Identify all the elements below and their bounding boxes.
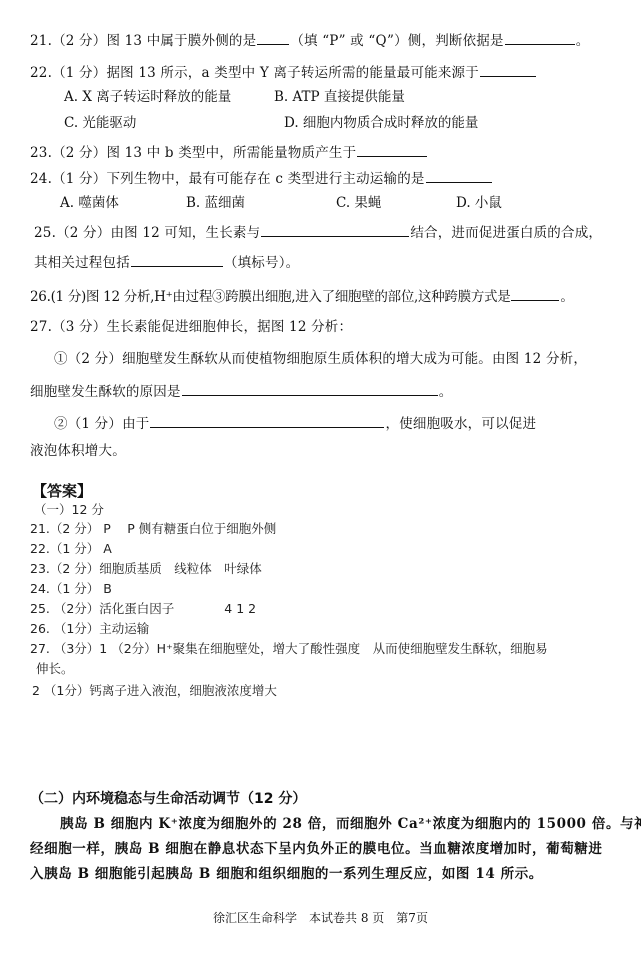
q25-middle: 结合，进而促进蛋白质的合成， bbox=[410, 225, 602, 241]
q27-sub1-line2-prefix: 细胞壁发生酥软的原因是 bbox=[30, 384, 181, 400]
q22-option-a: A. X 离子转运时释放的能量 bbox=[64, 88, 231, 106]
section-2-title: （二）内环境稳态与生命活动调节（12 分） bbox=[30, 790, 306, 808]
q27-sub1-line2-suffix: 。 bbox=[439, 384, 453, 400]
answer-22: 22.（1 分） A bbox=[30, 541, 112, 557]
q21-blank-2[interactable] bbox=[505, 30, 575, 45]
q24-prefix: 24.（1 分）下列生物中，最有可能存在 c 类型进行主动运输的是 bbox=[30, 171, 425, 187]
q27-sub1-line1: ①（2 分）细胞壁发生酥软从而使植物细胞原生质体积的增大成为可能。由图 12 分… bbox=[54, 351, 587, 367]
q25-prefix: 25.（2 分）由图 12 可知，生长素与 bbox=[34, 225, 260, 241]
question-27-sub2-line2: 液泡体积增大。 bbox=[30, 442, 126, 460]
page-footer: 徐汇区生命科学 本试卷共 8 页 第7页 bbox=[0, 910, 641, 926]
q23-blank[interactable] bbox=[357, 142, 427, 157]
q24-blank[interactable] bbox=[426, 168, 492, 183]
q24-option-a: A. 噬菌体 bbox=[60, 194, 119, 212]
question-25-line-2: 其相关过程包括（填标号）。 bbox=[34, 252, 299, 272]
question-24: 24.（1 分）下列生物中，最有可能存在 c 类型进行主动运输的是 bbox=[30, 168, 493, 188]
q24-option-b: B. 蓝细菌 bbox=[186, 194, 245, 212]
q26-suffix: 。 bbox=[560, 289, 573, 305]
q26-blank[interactable] bbox=[511, 286, 559, 301]
q23-prefix: 23.（2 分）图 13 中 b 类型中，所需能量物质产生于 bbox=[30, 145, 356, 161]
question-25: 25.（2 分）由图 12 可知，生长素与结合，进而促进蛋白质的合成， bbox=[34, 222, 602, 242]
q22-prefix: 22.（1 分）据图 13 所示，a 类型中 Y 离子转运所需的能量最可能来源于 bbox=[30, 65, 479, 81]
answers-section-score: （一）12 分 bbox=[34, 502, 104, 518]
q21-suffix: 。 bbox=[576, 33, 590, 49]
q25-blank-1[interactable] bbox=[261, 222, 409, 237]
q27-sub2-prefix: ②（1 分）由于 bbox=[54, 416, 149, 432]
q24-option-d: D. 小鼠 bbox=[456, 194, 502, 212]
answer-25: 25. （2分）活化蛋白因子 4 1 2 bbox=[30, 601, 256, 617]
question-21: 21.（2 分）图 13 中属于膜外侧的是（填 “P” 或 “Q”）侧，判断依据… bbox=[30, 30, 589, 50]
q21-blank-1[interactable] bbox=[257, 30, 289, 45]
q27-blank-2[interactable] bbox=[150, 413, 384, 428]
question-27-sub1-line2: 细胞壁发生酥软的原因是。 bbox=[30, 381, 452, 401]
q22-blank[interactable] bbox=[480, 62, 536, 77]
q26-prefix: 26.(1 分)图 12 分析,H⁺由过程③跨膜出细胞,进入了细胞壁的部位,这种… bbox=[30, 289, 510, 305]
q25-line2-prefix: 其相关过程包括 bbox=[34, 255, 130, 271]
q27-stem: 27.（3 分）生长素能促进细胞伸长，据图 12 分析： bbox=[30, 319, 352, 335]
q25-line2-suffix: （填标号）。 bbox=[224, 255, 299, 271]
q21-prefix: 21.（2 分）图 13 中属于膜外侧的是 bbox=[30, 33, 256, 49]
question-27-sub1: ①（2 分）细胞壁发生酥软从而使植物细胞原生质体积的增大成为可能。由图 12 分… bbox=[54, 350, 587, 368]
question-26: 26.(1 分)图 12 分析,H⁺由过程③跨膜出细胞,进入了细胞壁的部位,这种… bbox=[30, 286, 574, 306]
section-2-paragraph-line-3: 入胰岛 B 细胞能引起胰岛 B 细胞和组织细胞的一系列生理反应，如图 14 所示… bbox=[30, 865, 543, 883]
answers-heading: 【答案】 bbox=[32, 482, 92, 500]
question-27-sub2: ②（1 分）由于，使细胞吸水，可以促进 bbox=[54, 413, 536, 433]
section-2-paragraph-line-1: 胰岛 B 细胞内 K⁺浓度为细胞外的 28 倍，而细胞外 Ca²⁺浓度为细胞内的… bbox=[60, 815, 641, 833]
q27-sub2-suffix: ，使细胞吸水，可以促进 bbox=[385, 416, 536, 432]
q22-option-d: D. 细胞内物质合成时释放的能量 bbox=[284, 114, 478, 132]
answer-24: 24.（1 分） B bbox=[30, 581, 112, 597]
answer-23: 23.（2 分）细胞质基质 线粒体 叶绿体 bbox=[30, 561, 262, 577]
q25-blank-2[interactable] bbox=[131, 252, 223, 267]
answer-27: 27. （3分）1 （2分）H⁺聚集在细胞壁处，增大了酸性强度 从而使细胞壁发生… bbox=[30, 641, 548, 657]
question-23: 23.（2 分）图 13 中 b 类型中，所需能量物质产生于 bbox=[30, 142, 428, 162]
q27-blank-1[interactable] bbox=[182, 381, 438, 396]
answer-26: 26. （1分）主动运输 bbox=[30, 621, 149, 637]
section-2-paragraph-line-2: 经细胞一样，胰岛 B 细胞在静息状态下呈内负外正的膜电位。当血糖浓度增加时，葡萄… bbox=[30, 840, 603, 858]
question-27: 27.（3 分）生长素能促进细胞伸长，据图 12 分析： bbox=[30, 318, 352, 336]
answer-27-continued: 伸长。 bbox=[36, 661, 74, 677]
answer-27-part-2: 2 （1分）钙离子进入液泡，细胞液浓度增大 bbox=[32, 683, 277, 699]
answer-21: 21.（2 分） P P 侧有糖蛋白位于细胞外侧 bbox=[30, 521, 276, 537]
q24-option-c: C. 果蝇 bbox=[336, 194, 381, 212]
question-22: 22.（1 分）据图 13 所示，a 类型中 Y 离子转运所需的能量最可能来源于 bbox=[30, 62, 537, 82]
q22-option-b: B. ATP 直接提供能量 bbox=[274, 88, 405, 106]
q21-middle: （填 “P” 或 “Q”）侧，判断依据是 bbox=[290, 33, 503, 49]
q27-sub2-line2: 液泡体积增大。 bbox=[30, 443, 126, 459]
q22-option-c: C. 光能驱动 bbox=[64, 114, 136, 132]
